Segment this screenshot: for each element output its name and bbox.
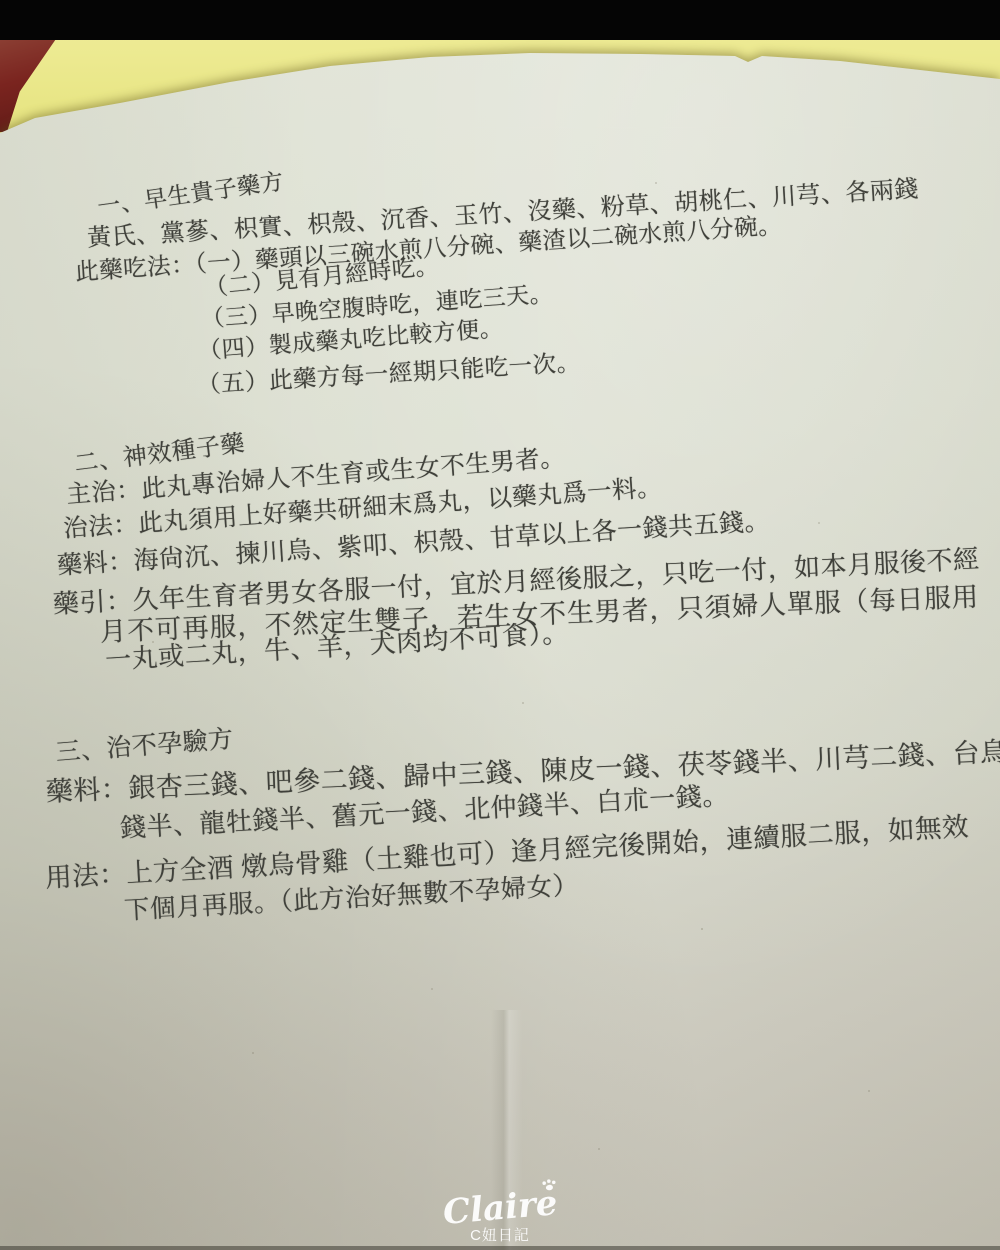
paper-shadow-wrap: 一、早生貴子藥方 黃氏、黨蔘、枳實、枳殼、沉香、玉竹、沒藥、粉草、胡桃仁、川芎、… — [0, 0, 1000, 1250]
photo-root: 一、早生貴子藥方 黃氏、黨蔘、枳實、枳殼、沉香、玉竹、沒藥、粉草、胡桃仁、川芎、… — [0, 0, 1000, 1250]
watermark: Claire C妞日記 — [438, 1190, 562, 1245]
paw-icon — [541, 1178, 558, 1192]
top-letterbox-bar — [0, 0, 1000, 40]
bottom-edge-line — [0, 1246, 1000, 1250]
watermark-brand: Claire — [441, 1185, 558, 1231]
section3-heading: 三、治不孕驗方 — [54, 719, 235, 769]
paper-sheet: 一、早生貴子藥方 黃氏、黨蔘、枳實、枳殼、沉香、玉竹、沒藥、粉草、胡桃仁、川芎、… — [0, 0, 1000, 1250]
